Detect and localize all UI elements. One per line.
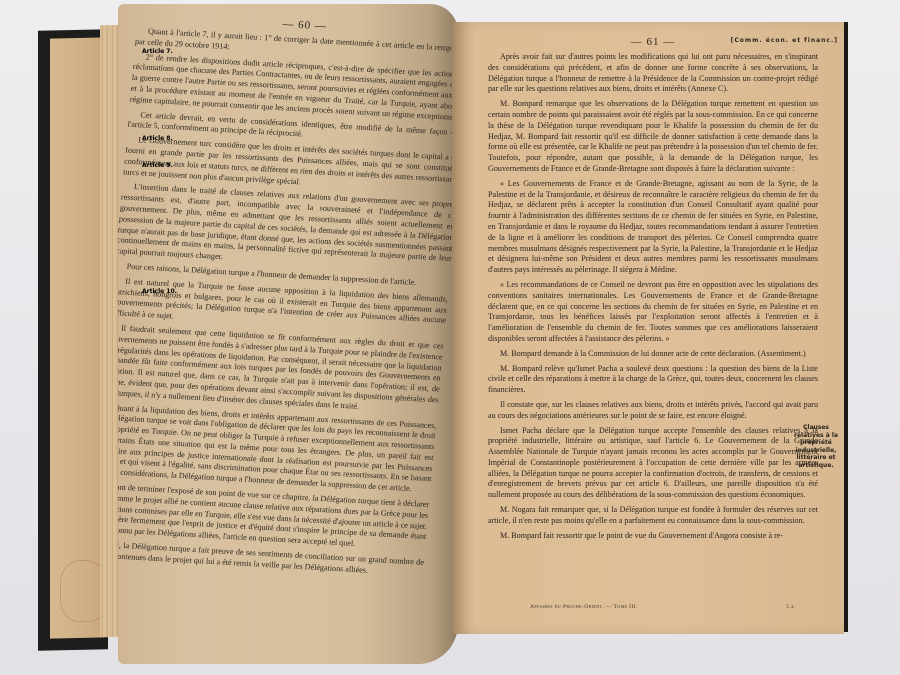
- running-head: [Comm. écon. et financ.]: [731, 37, 838, 44]
- paragraph: Il constate que, sur les clauses relativ…: [488, 400, 818, 422]
- article-label-8: Article 8.: [142, 135, 182, 142]
- page-number-right: — 61 — [Comm. écon. et financ.]: [488, 36, 818, 48]
- right-page: — 61 — [Comm. écon. et financ.] Après av…: [452, 22, 844, 634]
- signature-mark: 5 a: [786, 604, 794, 610]
- paragraph: L'insertion dans le traité de clauses re…: [118, 182, 457, 276]
- paragraph: M. Bompard demande à la Commission de lu…: [488, 349, 818, 360]
- paragraph: Ismet Pacha déclare que la Délégation tu…: [488, 426, 818, 502]
- page-number-text: — 61 —: [631, 36, 676, 48]
- margin-note: Clauses relatives à la propriété industr…: [790, 424, 842, 470]
- endpaper: [50, 37, 105, 638]
- paragraph: M. Bompard relève qu'Ismet Pacha a soule…: [488, 364, 818, 396]
- footer-title: Affaires du Proche-Orient. — Tome III.: [530, 604, 638, 610]
- paragraph: M. Bompard remarque que les observations…: [488, 99, 818, 175]
- paragraph: Après avoir fait sur d'autres points les…: [488, 52, 818, 95]
- paragraph: Il faudrait seulement que cette liquidat…: [118, 323, 444, 417]
- quoted-declaration: « Les Gouvernements de France et de Gran…: [488, 179, 818, 276]
- page-footer: Affaires du Proche-Orient. — Tome III. 5…: [530, 604, 850, 610]
- paragraph: Quant à la liquidation des biens, droits…: [118, 402, 437, 496]
- article-label-9: Article 9.: [142, 162, 182, 169]
- left-page: — 60 — Quant à l'article 7, il y aurait …: [118, 4, 458, 664]
- article-label-10: Article 10.: [142, 288, 182, 295]
- paragraph: M. Bompard fait ressortir que le point d…: [488, 531, 818, 542]
- article-label-7: Article 7.: [142, 48, 182, 55]
- quoted-declaration: « Les recommandations de ce Conseil ne d…: [488, 280, 818, 345]
- paragraph: M. Nogara fait remarquer que, si la Délé…: [488, 505, 818, 527]
